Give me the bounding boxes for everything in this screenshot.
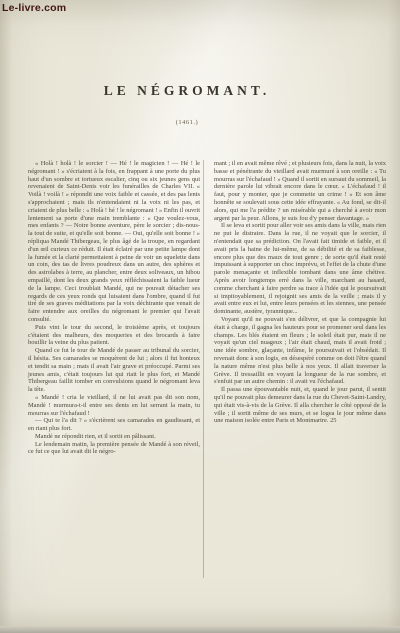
right-column: mant ; il en avait même rêvé ; et plusie… — [214, 160, 386, 456]
paragraph: Le lendemain matin, la première pensée d… — [28, 441, 200, 457]
text-block: « Holà ! holà ! le sorcier ! — Hé ! le m… — [28, 160, 386, 456]
paragraph: Puis vint le tour du second, le troisièm… — [28, 324, 200, 347]
paragraph: Voyant qu'il ne pouvait s'en délivrer, e… — [214, 316, 386, 386]
date-caption: (1461.) — [0, 119, 374, 126]
paragraph: « Mandé ! cria le vieillard, il ne lui a… — [28, 394, 200, 417]
paragraph: — Qui te l'a dit ? » s'écrièrent ses cam… — [28, 417, 200, 433]
paragraph: « Holà ! holà ! le sorcier ! — Hé ! le m… — [28, 160, 200, 324]
left-column: « Holà ! holà ! le sorcier ! — Hé ! le m… — [28, 160, 200, 456]
paragraph: Il passa une épouvantable nuit, et, quan… — [214, 386, 386, 425]
site-watermark: Le-livre.com — [2, 2, 66, 14]
paragraph: Mandé ne répondit rien, et il sortit en … — [28, 433, 200, 441]
page-title: LE NÉGROMANT. — [0, 83, 374, 99]
paragraph: mant ; il en avait même rêvé ; et plusie… — [214, 160, 386, 222]
scanned-page: Le-livre.com LE NÉGROMANT. (1461.) « Hol… — [0, 0, 400, 633]
paragraph: Quand ce fut le tour de Mandé de passer … — [28, 347, 200, 394]
page-bottom-edge — [0, 626, 400, 633]
paragraph: Il se leva et sortit pour aller voir ses… — [214, 222, 386, 316]
